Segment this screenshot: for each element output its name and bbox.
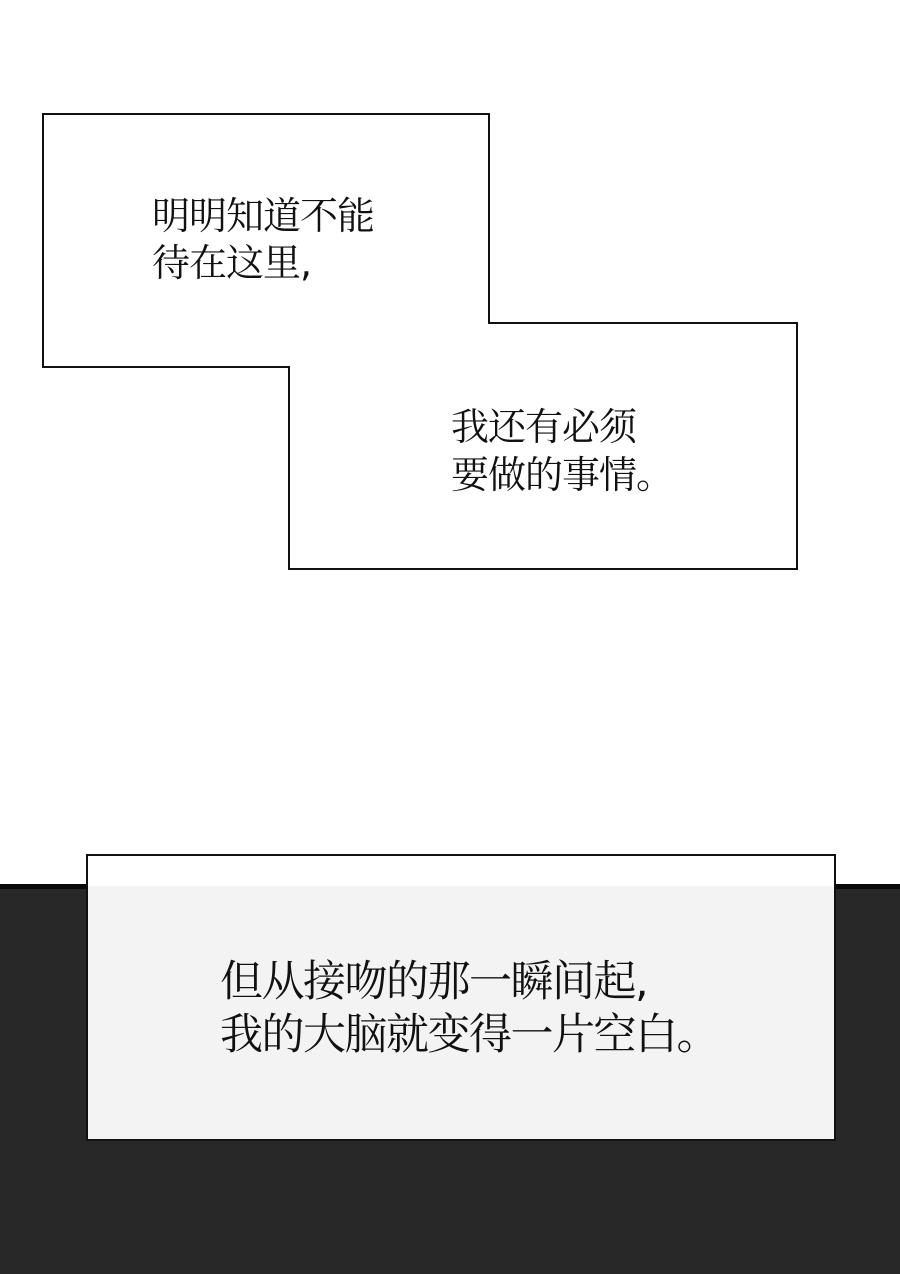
caption-upper-box: 明明知道不能 待在这里, [152, 193, 374, 287]
caption-line: 要做的事情。 [451, 451, 673, 499]
caption-line: 我的大脑就变得一片空白。 [220, 1009, 718, 1062]
caption-line: 我还有必须 [451, 403, 673, 451]
caption-line: 但从接吻的那一瞬间起, [220, 956, 718, 1009]
comic-panel: 明明知道不能 待在这里, 我还有必须 要做的事情。 但从接吻的那一瞬间起, 我的… [0, 0, 900, 1274]
caption-line: 待在这里, [152, 240, 374, 287]
caption-bottom-box: 但从接吻的那一瞬间起, 我的大脑就变得一片空白。 [86, 854, 836, 1141]
caption-line: 明明知道不能 [152, 193, 374, 240]
caption-lower-box: 我还有必须 要做的事情。 [451, 403, 673, 499]
merged-caption-box-outline [0, 0, 900, 600]
caption-bottom-text: 但从接吻的那一瞬间起, 我的大脑就变得一片空白。 [220, 956, 718, 1062]
